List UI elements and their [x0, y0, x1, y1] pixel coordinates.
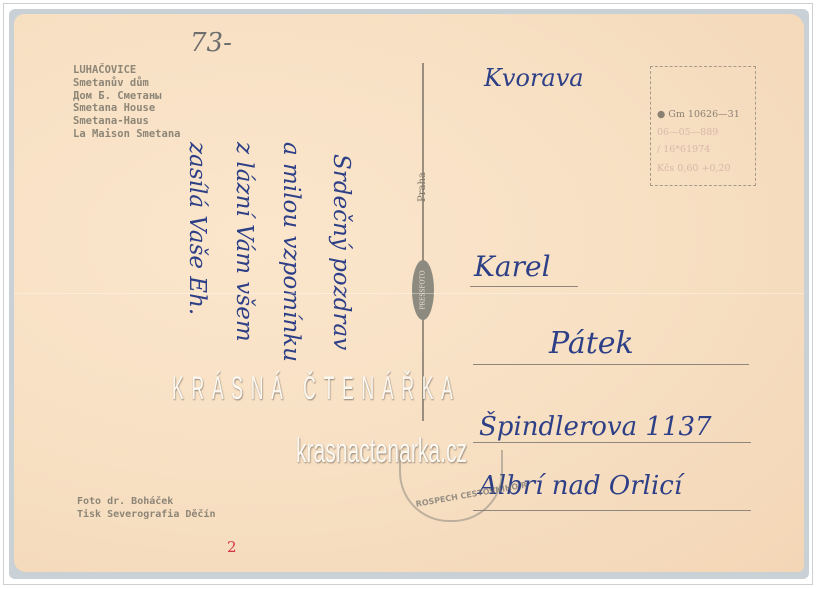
stamp-line: Kčs 0,60 +0,20	[657, 163, 731, 174]
pressfoto-label: PRESSFOTO	[420, 270, 427, 309]
watermark-url: krasnactenarka.cz	[296, 432, 467, 471]
red-number: 2	[227, 538, 237, 556]
recipient-last-name: Pátek	[549, 326, 634, 361]
pencil-note: 73-	[190, 28, 232, 58]
stamp-line: / 16*61974	[657, 144, 710, 155]
address-line	[470, 286, 578, 287]
message-line: zasílá Vaše Eh.	[184, 142, 210, 315]
photo-credit: Foto dr. Boháček	[77, 496, 215, 509]
pressfoto-logo-icon: PRESSFOTO	[412, 260, 434, 320]
message-line: Srdečný pozdrav	[328, 154, 354, 350]
print-credit: Tisk Severografia Děčín	[77, 509, 215, 522]
stamp-line: 06—05—889	[657, 127, 718, 138]
stamp-line: ● Gm 10626—31	[657, 109, 740, 120]
caption-line: Smetana House	[73, 102, 180, 115]
address-line	[473, 442, 751, 443]
address-line	[473, 510, 751, 511]
caption: LUHAČOVICE Smetanův dům Дом Б. Сметаны S…	[73, 64, 180, 141]
recipient-first-name: Karel	[474, 250, 551, 283]
corner-note: Kvorava	[484, 64, 584, 92]
recipient-street: Špindlerova 1137	[479, 412, 712, 442]
message-line: z lázní Vám všem	[231, 142, 257, 342]
postcard: LUHAČOVICE Smetanův dům Дом Б. Сметаны S…	[14, 14, 804, 572]
message-line: a milou vzpomínku	[278, 142, 304, 362]
center-divider	[422, 63, 424, 421]
address-line	[473, 364, 749, 365]
caption-line: La Maison Smetana	[73, 128, 180, 141]
caption-line: Дом Б. Сметаны	[73, 90, 180, 103]
caption-line: Smetanův dům	[73, 77, 180, 90]
stamp-imprint: ● Gm 10626—31 06—05—889 / 16*61974 Kčs 0…	[650, 66, 756, 186]
publisher-city: Praha	[417, 162, 428, 202]
watermark-title: KRÁSNÁ ČTENÁŘKA	[172, 370, 722, 407]
credits: Foto dr. Boháček Tisk Severografia Děčín	[77, 496, 215, 521]
caption-line: LUHAČOVICE	[73, 64, 180, 77]
caption-line: Smetana-Haus	[73, 115, 180, 128]
